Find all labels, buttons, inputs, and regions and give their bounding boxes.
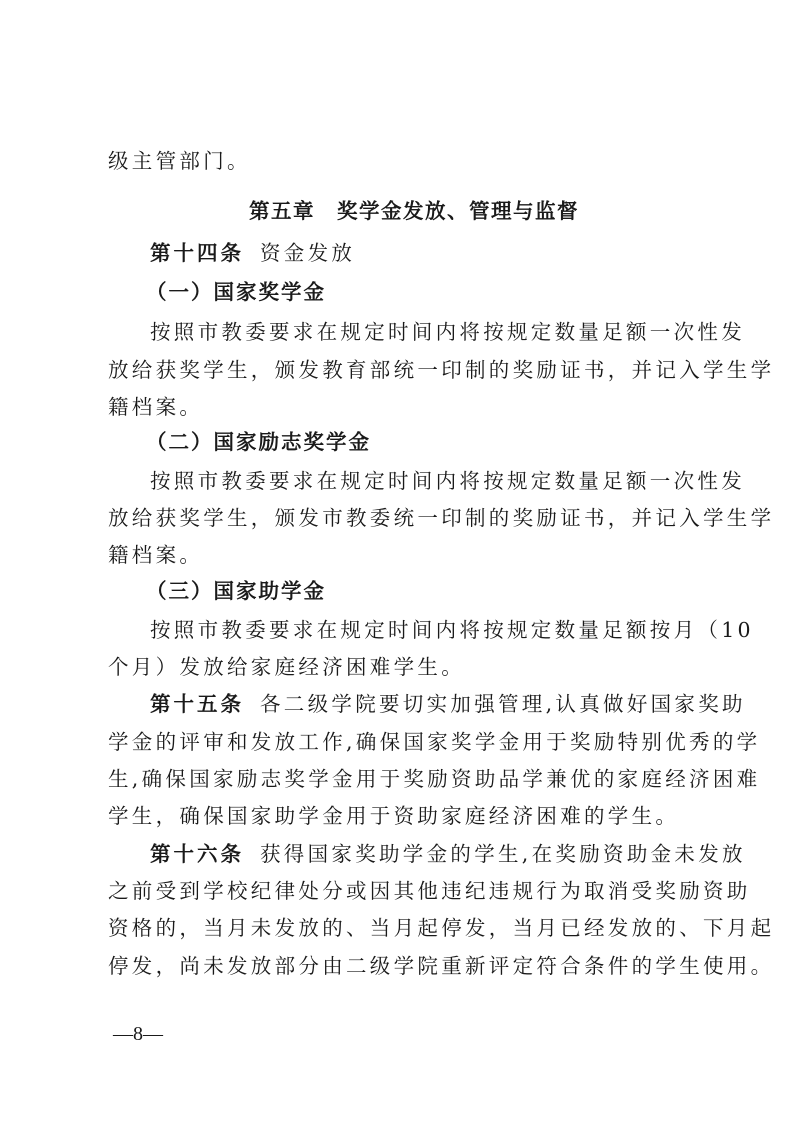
section-3-heading: （三）国家助学金 (146, 576, 689, 606)
section-2-line-3: 籍档案。 (108, 540, 693, 570)
section-1-line-1: 按照市教委要求在规定时间内将按规定数量足额一次性发 (150, 317, 693, 347)
article-16-line-1: 第十六条获得国家奖助学金的学生,在奖励资助金未发放 (150, 839, 693, 869)
section-3-line-2: 个月）发放给家庭经济困难学生。 (108, 652, 693, 682)
article-15-line-4: 学生，确保国家助学金用于资助家庭经济困难的学生。 (108, 801, 693, 831)
article-16-text-1: 获得国家奖助学金的学生,在奖励资助金未发放 (260, 842, 746, 866)
article-15-line-3: 生,确保国家励志奖学金用于奖励资助品学兼优的家庭经济困难 (108, 764, 693, 794)
article-15-text-1: 各二级学院要切实加强管理,认真做好国家奖助 (260, 692, 746, 716)
article-15-line-2: 学金的评审和发放工作,确保国家奖学金用于奖励特别优秀的学 (108, 727, 693, 757)
document-page: 级主管部门。 第五章 奖学金发放、管理与监督 第十四条资金发放 （一）国家奖学金… (0, 0, 794, 1122)
article-14-heading: 第十四条资金发放 (150, 238, 693, 268)
section-3-line-1: 按照市教委要求在规定时间内将按规定数量足额按月（10 (150, 615, 693, 645)
article-16-line-4: 停发，尚未发放部分由二级学院重新评定符合条件的学生使用。 (108, 951, 693, 981)
section-2-line-2: 放给获奖学生，颁发市教委统一印制的奖励证书，并记入学生学 (108, 503, 693, 533)
article-14-title: 资金发放 (260, 241, 355, 265)
article-16-line-2: 之前受到学校纪律处分或因其他违纪违规行为取消受奖励资助 (108, 876, 693, 906)
article-14-label: 第十四条 (150, 241, 244, 265)
continuation-text: 级主管部门。 (108, 146, 693, 176)
section-2-line-1: 按照市教委要求在规定时间内将按规定数量足额一次性发 (150, 466, 693, 496)
article-16-label: 第十六条 (150, 842, 244, 866)
article-15-label: 第十五条 (150, 692, 244, 716)
section-2-heading: （二）国家励志奖学金 (146, 427, 689, 457)
section-1-heading: （一）国家奖学金 (146, 277, 689, 307)
section-1-line-3: 籍档案。 (108, 392, 693, 422)
section-1-line-2: 放给获奖学生，颁发教育部统一印制的奖励证书，并记入学生学 (108, 355, 693, 385)
article-16-line-3: 资格的，当月未发放的、当月起停发，当月已经发放的、下月起 (108, 913, 693, 943)
page-number: —8— (113, 1022, 163, 1046)
chapter-title: 第五章 奖学金发放、管理与监督 (0, 196, 794, 226)
article-15-line-1: 第十五条各二级学院要切实加强管理,认真做好国家奖助 (150, 689, 693, 719)
